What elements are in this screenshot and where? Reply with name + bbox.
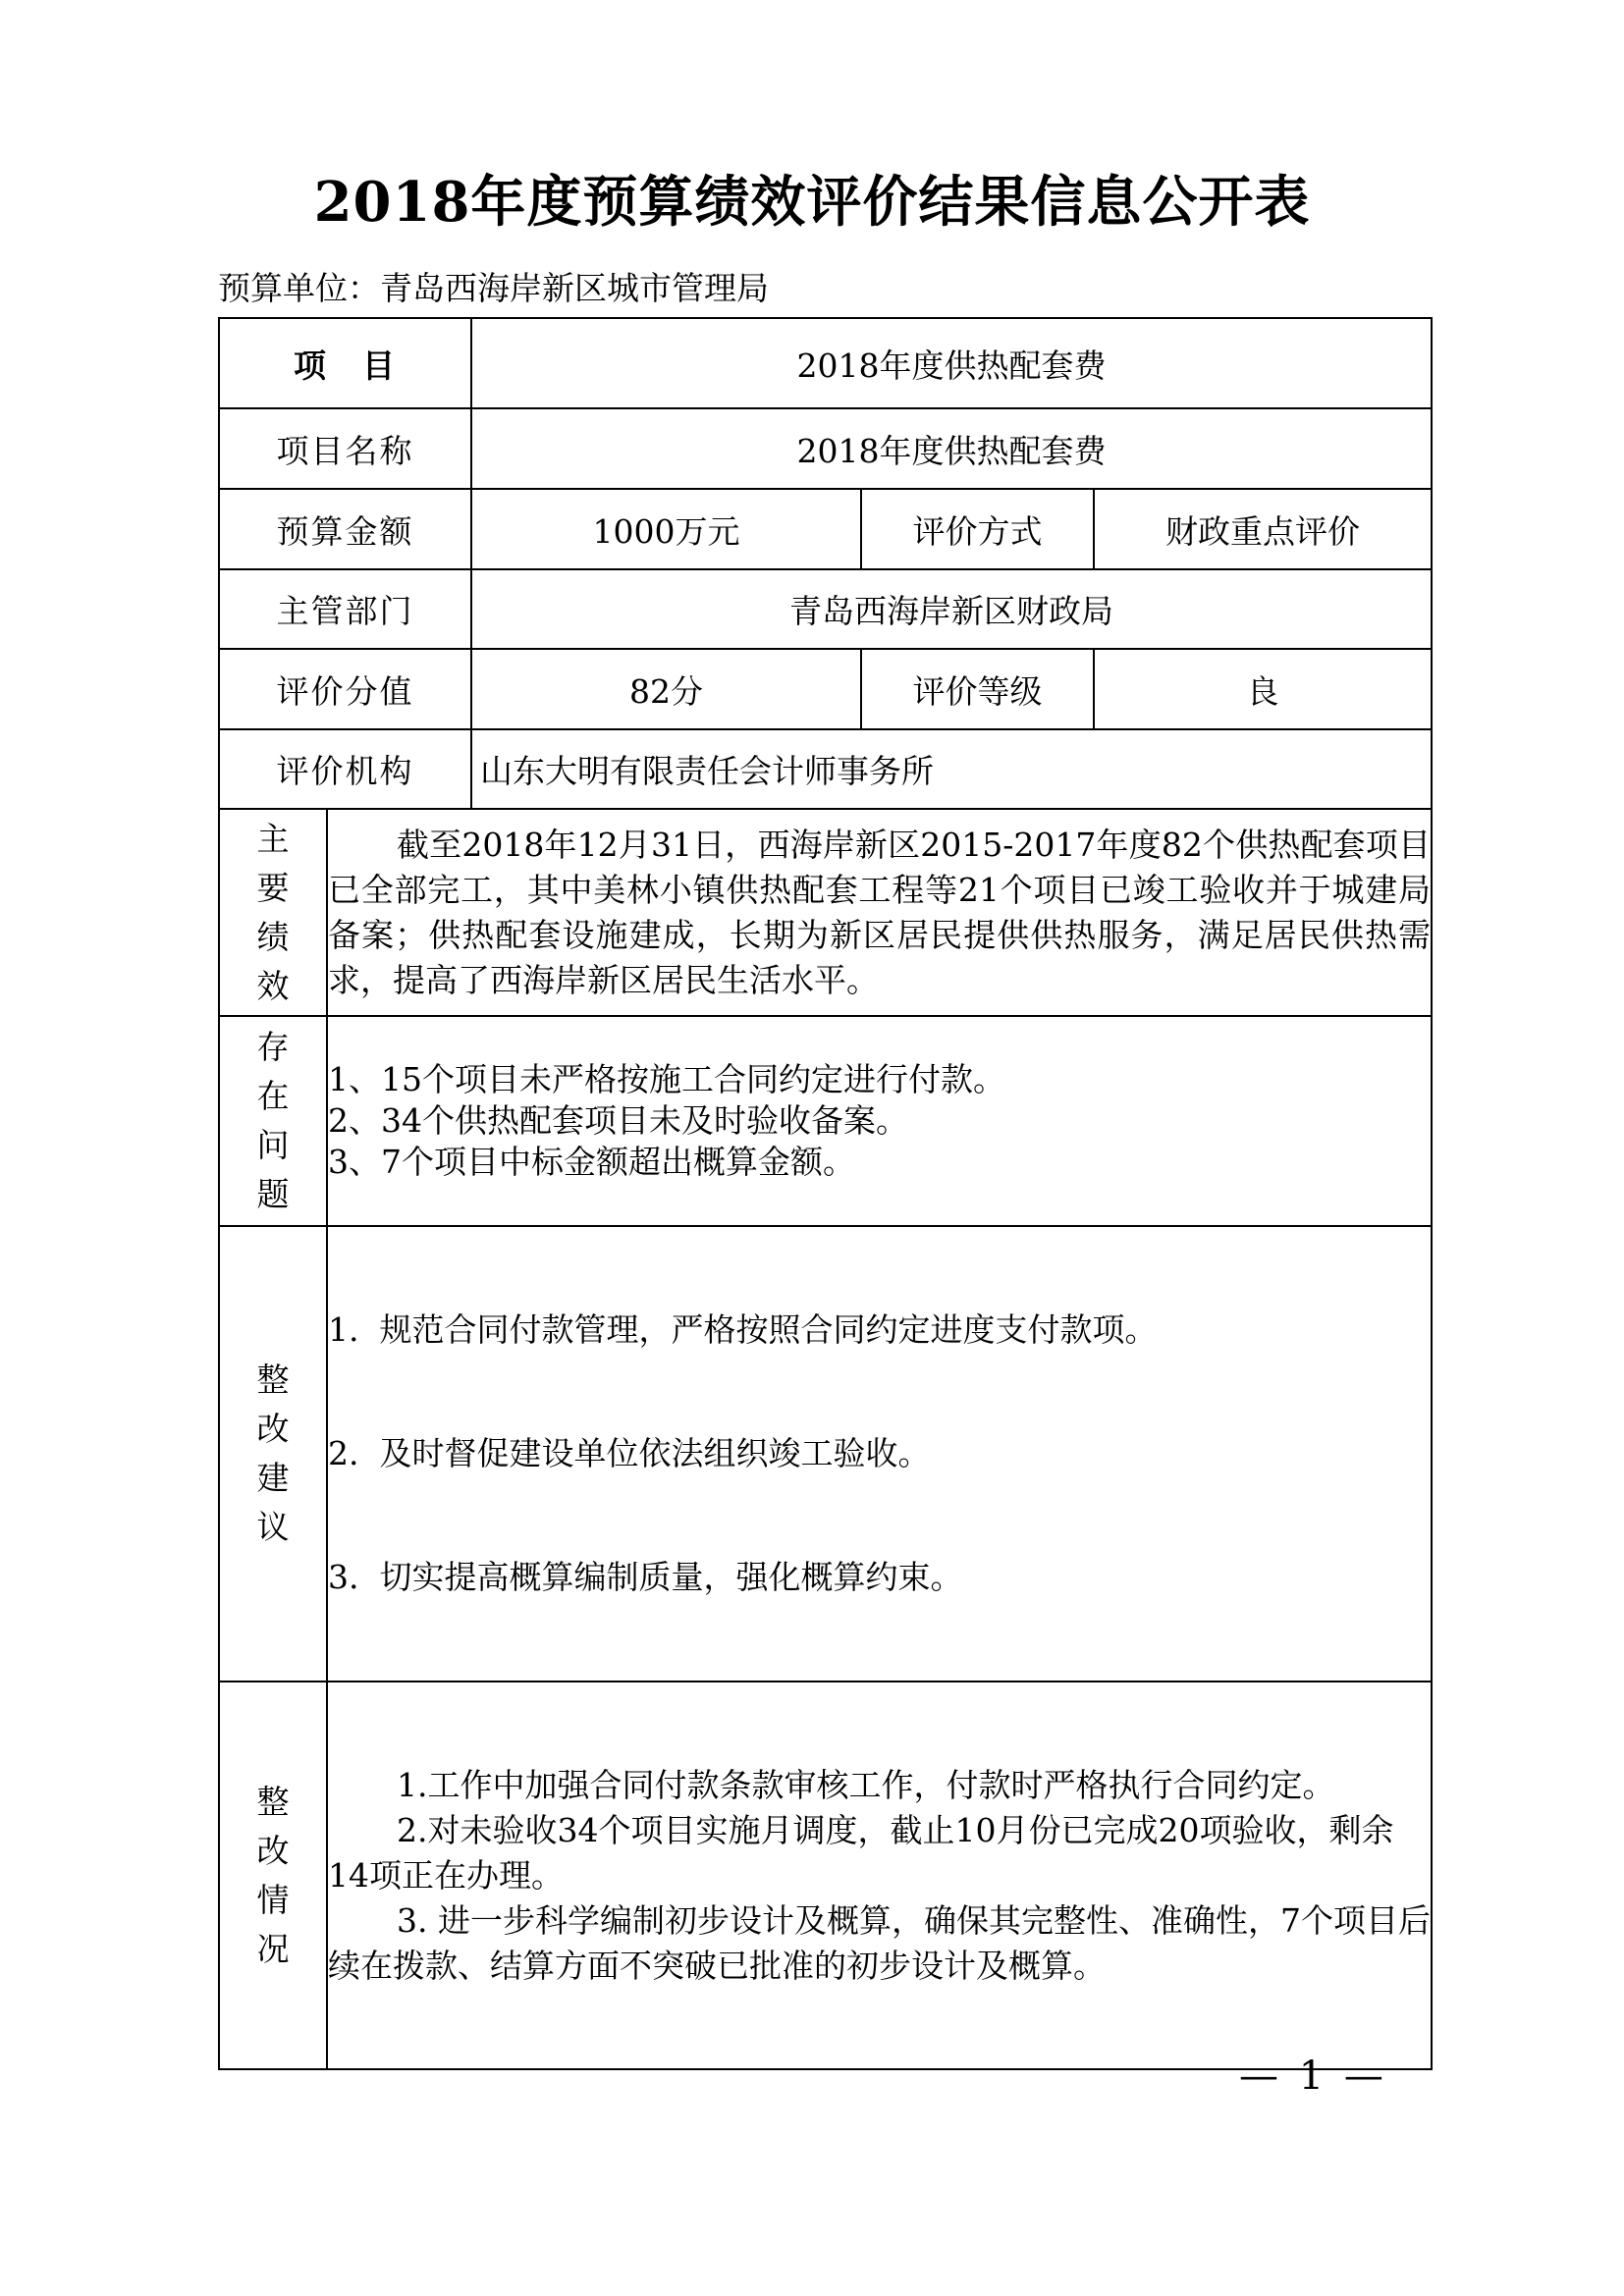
competent-department-value: 青岛西海岸新区财政局 [471, 569, 1432, 649]
rectification-status-list: 1.工作中加强合同付款条款审核工作，付款时严格执行合同约定。 2.对未验收34个… [327, 1682, 1432, 2069]
budget-unit-label: 预算单位： [218, 269, 380, 307]
budget-amount-value: 1000万元 [471, 489, 861, 569]
existing-problems-list: 1、15个项目未严格按施工合同约定进行付款。 2、34个供热配套项目未及时验收备… [327, 1016, 1432, 1226]
evaluation-method-value: 财政重点评价 [1094, 489, 1432, 569]
rectification-status-label: 整 改 情 况 [219, 1682, 327, 2069]
row-project-name: 项目名称 2018年度供热配套费 [219, 408, 1432, 489]
suggestion-item: 2. 及时督促建设单位依法组织竣工验收。 [328, 1433, 1431, 1474]
budget-unit: 预算单位：青岛西海岸新区城市管理局 [218, 263, 769, 309]
rectification-suggestions-label: 整 改 建 议 [219, 1226, 327, 1682]
row-department: 主管部门 青岛西海岸新区财政局 [219, 569, 1432, 649]
existing-problems-label: 存 在 问 题 [219, 1016, 327, 1226]
project-name-label: 项目名称 [219, 408, 471, 489]
row-agency: 评价机构 山东大明有限责任会计师事务所 [219, 729, 1432, 809]
budget-unit-value: 青岛西海岸新区城市管理局 [380, 269, 769, 307]
problem-item: 1、15个项目未严格按施工合同约定进行付款。 [328, 1059, 1431, 1100]
problem-item: 3、7个项目中标金额超出概算金额。 [328, 1142, 1431, 1183]
status-item: 1.工作中加强合同付款条款审核工作，付款时严格执行合同约定。 [328, 1763, 1431, 1808]
row-budget: 预算金额 1000万元 评价方式 财政重点评价 [219, 489, 1432, 569]
budget-amount-label: 预算金额 [219, 489, 471, 569]
suggestion-item: 3. 切实提高概算编制质量，强化概算约束。 [328, 1557, 1431, 1598]
suggestion-item: 1. 规范合同付款管理，严格按照合同约定进度支付款项。 [328, 1309, 1431, 1351]
main-performance-label: 主 要 绩 效 [219, 809, 327, 1016]
evaluation-agency-label: 评价机构 [219, 729, 471, 809]
document-title: 2018年度预算绩效评价结果信息公开表 [0, 159, 1624, 238]
rectification-suggestions-list: 1. 规范合同付款管理，严格按照合同约定进度支付款项。 2. 及时督促建设单位依… [327, 1226, 1432, 1682]
evaluation-grade-label: 评价等级 [861, 649, 1094, 729]
main-performance-text: 截至2018年12月31日，西海岸新区2015-2017年度82个供热配套项目已… [327, 809, 1432, 1016]
evaluation-grade-value: 良 [1094, 649, 1432, 729]
project-name-value: 2018年度供热配套费 [471, 408, 1432, 489]
evaluation-method-label: 评价方式 [861, 489, 1094, 569]
evaluation-score-label: 评价分值 [219, 649, 471, 729]
row-main-performance: 主 要 绩 效 截至2018年12月31日，西海岸新区2015-2017年度82… [219, 809, 1432, 1016]
project-value: 2018年度供热配套费 [471, 318, 1432, 408]
project-label: 项 目 [219, 318, 471, 408]
status-item: 3. 进一步科学编制初步设计及概算，确保其完整性、准确性，7个项目后续在拨款、结… [328, 1898, 1431, 1989]
row-score: 评价分值 82分 评价等级 良 [219, 649, 1432, 729]
evaluation-table: 项 目 2018年度供热配套费 项目名称 2018年度供热配套费 预算金额 10… [218, 317, 1433, 2070]
row-project: 项 目 2018年度供热配套费 [219, 318, 1432, 408]
row-rectification-suggestions: 整 改 建 议 1. 规范合同付款管理，严格按照合同约定进度支付款项。 2. 及… [219, 1226, 1432, 1682]
page-number: — 1 — [1239, 2054, 1387, 2099]
evaluation-agency-value: 山东大明有限责任会计师事务所 [471, 729, 1432, 809]
row-existing-problems: 存 在 问 题 1、15个项目未严格按施工合同约定进行付款。 2、34个供热配套… [219, 1016, 1432, 1226]
evaluation-score-value: 82分 [471, 649, 861, 729]
problem-item: 2、34个供热配套项目未及时验收备案。 [328, 1100, 1431, 1142]
row-rectification-status: 整 改 情 况 1.工作中加强合同付款条款审核工作，付款时严格执行合同约定。 2… [219, 1682, 1432, 2069]
status-item: 2.对未验收34个项目实施月调度，截止10月份已完成20项验收，剩余14项正在办… [328, 1808, 1431, 1898]
competent-department-label: 主管部门 [219, 569, 471, 649]
